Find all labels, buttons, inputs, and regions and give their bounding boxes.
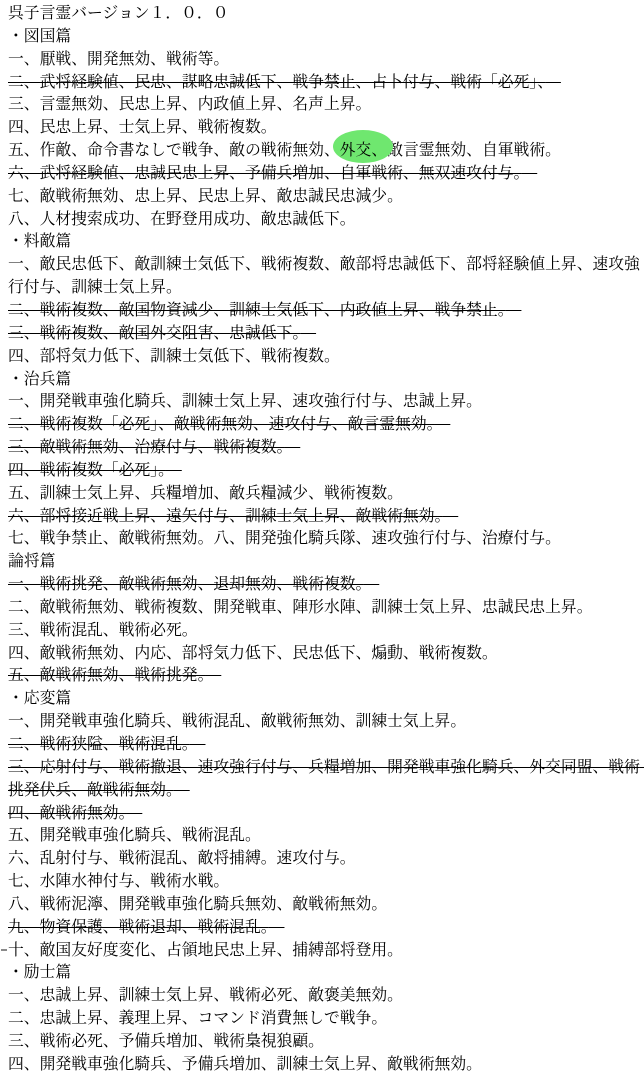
text-line: 五、訓練士気上昇、兵糧増加、敵兵糧減少、戦術複数。	[8, 482, 644, 505]
text-line: 一、戦術挑発、敵戦術無効、退却無効、戦術複数。	[8, 573, 644, 596]
text-line: 行付与、訓練士気上昇。	[8, 276, 644, 299]
text-line: 三、戦術必死、予備兵増加、戦術梟視狼顧。	[8, 1030, 644, 1053]
text-line: 三、戦術複数、敵国外交阻害、忠誠低下。	[8, 322, 644, 345]
text-line: 三、言霊無効、民忠上昇、内政値上昇、名声上昇。	[8, 93, 644, 116]
text-line: 五、作敵、命令書なしで戦争、敵の戦術無効、外交、敵言霊無効、自軍戦術。	[8, 139, 644, 162]
text-line: 十、敵国友好度変化、占領地民忠上昇、捕縛部将登用。	[8, 939, 644, 962]
text-line: 七、敵戦術無効、忠上昇、民忠上昇、敵忠誠民忠減少。	[8, 185, 644, 208]
text-line: ・応変篇	[8, 687, 644, 710]
text-line: 五、開発戦車強化騎兵、戦術混乱。	[8, 824, 644, 847]
text-line: 三、敵戦術無効、治療付与、戦術複数。	[8, 436, 644, 459]
text-line: 七、水陣水神付与、戦術水戦。	[8, 870, 644, 893]
text-line: 四、部将気力低下、訓練士気低下、戦術複数。	[8, 345, 644, 368]
text-line: 呉子言霊バージョン１．０．０	[8, 2, 644, 25]
line-segment: 五、作敵、命令書なしで戦争、敵の戦術無効、	[8, 140, 340, 159]
text-line: 挑発伏兵、敵戦術無効。	[8, 779, 644, 802]
text-line: 二、戦術複数「必死」、敵戦術無効、速攻付与、敵言霊無効。	[8, 413, 644, 436]
text-line: 四、敵戦術無効、内応、部将気力低下、民忠低下、煽動、戦術複数。	[8, 642, 644, 665]
text-line: 一、開発戦車強化騎兵、戦術混乱、敵戦術無効、訓練士気上昇。	[8, 710, 644, 733]
highlight-ellipse: 外交、	[340, 140, 387, 159]
text-line: 一、忠誠上昇、訓練士気上昇、戦術必死、敵褒美無効。	[8, 984, 644, 1007]
text-line: 八、戦術泥濘、開発戦車強化騎兵無効、敵戦術無効。	[8, 893, 644, 916]
stray-mark	[1, 949, 7, 951]
text-line: 三、戦術混乱、戦術必死。	[8, 619, 644, 642]
line-segment: 敵言霊無効、自軍戦術。	[387, 140, 561, 159]
text-line: 二、戦術狭隘、戦術混乱。	[8, 733, 644, 756]
text-line: 一、敵民忠低下、敵訓練士気低下、戦術複数、敵部将忠誠低下、部将経験値上昇、速攻強	[8, 253, 644, 276]
text-line: 二、敵戦術無効、戦術複数、開発戦車、陣形水陣、訓練士気上昇、忠誠民忠上昇。	[8, 596, 644, 619]
text-line: 二、忠誠上昇、義理上昇、コマンド消費無しで戦争。	[8, 1007, 644, 1030]
text-line: 一、厭戦、開発無効、戦術等。	[8, 48, 644, 71]
text-line: 六、乱射付与、戦術混乱、敵将捕縛。速攻付与。	[8, 847, 644, 870]
text-line: ・料敵篇	[8, 230, 644, 253]
text-line: 四、民忠上昇、士気上昇、戦術複数。	[8, 116, 644, 139]
text-line: ・励士篇	[8, 961, 644, 984]
text-line: ・図国篇	[8, 25, 644, 48]
text-line: 二、武将経験値、民忠、謀略忠誠低下、戦争禁止、占卜付与、戦術「必死」、	[8, 71, 644, 94]
text-line: 七、戦争禁止、敵戦術無効。八、開発強化騎兵隊、速攻強行付与、治療付与。	[8, 527, 644, 550]
text-line: 八、人材捜索成功、在野登用成功、敵忠誠低下。	[8, 208, 644, 231]
text-line: 四、敵戦術無効。	[8, 802, 644, 825]
text-line: 四、戦術複数「必死」。	[8, 459, 644, 482]
text-line: 六、部将接近戦上昇、遠矢付与、訓練士気上昇、敵戦術無効。	[8, 505, 644, 528]
text-line: 六、武将経験値、忠誠民忠上昇、予備兵増加、自軍戦術、無双速攻付与。	[8, 162, 644, 185]
text-line: 五、敵戦術無効、戦術挑発。	[8, 664, 644, 687]
text-line: 四、開発戦車強化騎兵、予備兵増加、訓練士気上昇、敵戦術無効。	[8, 1053, 644, 1075]
document-body: 呉子言霊バージョン１．０．０・図国篇一、厭戦、開発無効、戦術等。二、武将経験値、…	[8, 2, 644, 1075]
text-line: ・治兵篇	[8, 368, 644, 391]
text-line: 三、応射付与、戦術撤退、速攻強行付与、兵糧増加、開発戦車強化騎兵、外交同盟、戦術	[8, 756, 644, 779]
text-line: 九、物資保護、戦術退却、戦術混乱。	[8, 916, 644, 939]
text-line: 論将篇	[8, 550, 644, 573]
text-line: 二、戦術複数、敵国物資減少、訓練士気低下、内政値上昇、戦争禁止。	[8, 299, 644, 322]
text-line: 一、開発戦車強化騎兵、訓練士気上昇、速攻強行付与、忠誠上昇。	[8, 390, 644, 413]
